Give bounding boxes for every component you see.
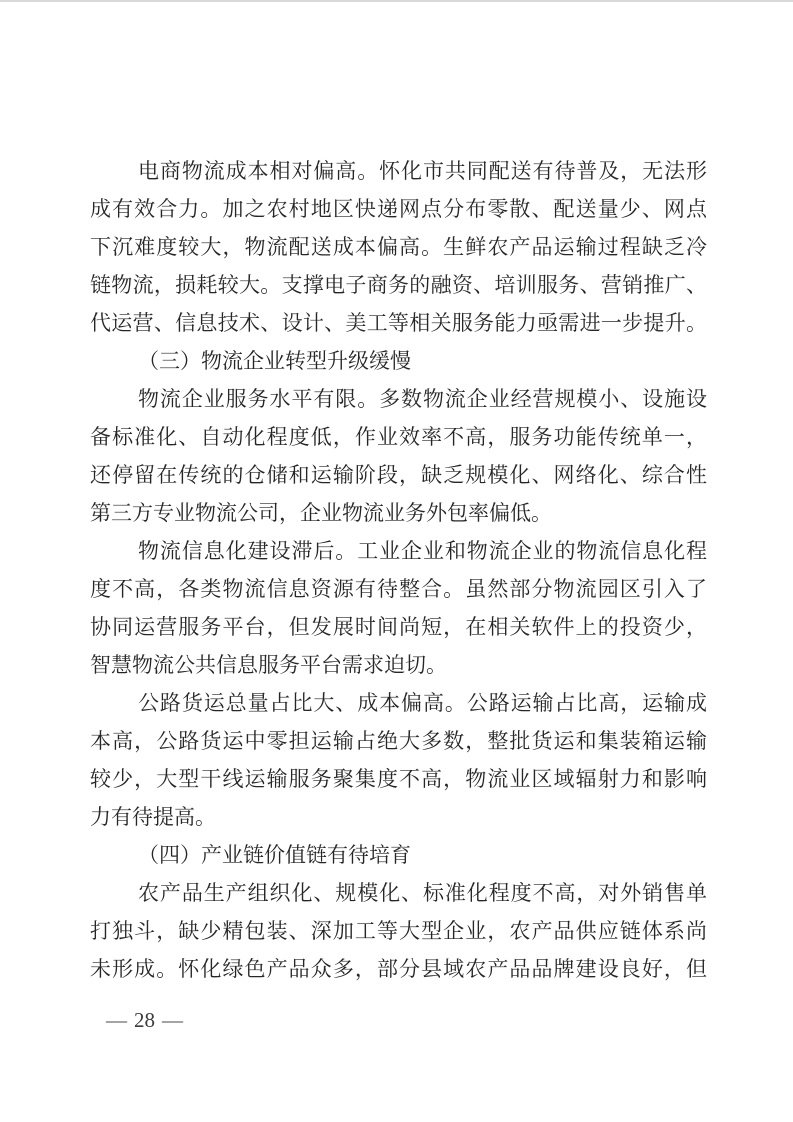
body-line: 农产品生产组织化、规模化、标准化程度不高，对外销售单 <box>90 874 707 912</box>
page-number: 28 <box>134 1008 155 1033</box>
body-line: 较少，大型干线运输服务聚集度不高，物流业区域辐射力和影响 <box>90 760 707 798</box>
body-line: 代运营、信息技术、设计、美工等相关服务能力亟需进一步提升。 <box>90 304 707 342</box>
footer-left-dash: — <box>106 1008 127 1033</box>
document-body: 电商物流成本相对偏高。怀化市共同配送有待普及，无法形 成有效合力。加之农村地区快… <box>90 152 707 988</box>
body-line: 物流信息化建设滞后。工业企业和物流企业的物流信息化程 <box>90 532 707 570</box>
body-line: 第三方专业物流公司，企业物流业务外包率偏低。 <box>90 494 707 532</box>
body-line: 链物流，损耗较大。支撑电子商务的融资、培训服务、营销推广、 <box>90 266 707 304</box>
scan-edge-line <box>0 0 793 2</box>
body-line: 协同运营服务平台，但发展时间尚短，在相关软件上的投资少， <box>90 608 707 646</box>
document-page: 电商物流成本相对偏高。怀化市共同配送有待普及，无法形 成有效合力。加之农村地区快… <box>0 0 793 1122</box>
body-line: 下沉难度较大，物流配送成本偏高。生鲜农产品运输过程缺乏冷 <box>90 228 707 266</box>
body-line: 还停留在传统的仓储和运输阶段，缺乏规模化、网络化、综合性 <box>90 456 707 494</box>
section-heading-4: （四）产业链价值链有待培育 <box>90 836 707 874</box>
body-line: 打独斗，缺少精包装、深加工等大型企业，农产品供应链体系尚 <box>90 912 707 950</box>
body-line: 物流企业服务水平有限。多数物流企业经营规模小、设施设 <box>90 380 707 418</box>
body-line: 力有待提高。 <box>90 798 707 836</box>
body-line: 智慧物流公共信息服务平台需求迫切。 <box>90 646 707 684</box>
body-line: 度不高，各类物流信息资源有待整合。虽然部分物流园区引入了 <box>90 570 707 608</box>
page-footer: — 28 — <box>106 1001 183 1039</box>
body-line: 本高，公路货运中零担运输占绝大多数，整批货运和集装箱运输 <box>90 722 707 760</box>
body-line: 成有效合力。加之农村地区快递网点分布零散、配送量少、网点 <box>90 190 707 228</box>
body-line: 电商物流成本相对偏高。怀化市共同配送有待普及，无法形 <box>90 152 707 190</box>
body-line: 公路货运总量占比大、成本偏高。公路运输占比高，运输成 <box>90 684 707 722</box>
footer-right-dash: — <box>162 1008 183 1033</box>
section-heading-3: （三）物流企业转型升级缓慢 <box>90 342 707 380</box>
body-line: 未形成。怀化绿色产品众多，部分县域农产品品牌建设良好，但 <box>90 950 707 988</box>
body-line: 备标准化、自动化程度低，作业效率不高，服务功能传统单一， <box>90 418 707 456</box>
